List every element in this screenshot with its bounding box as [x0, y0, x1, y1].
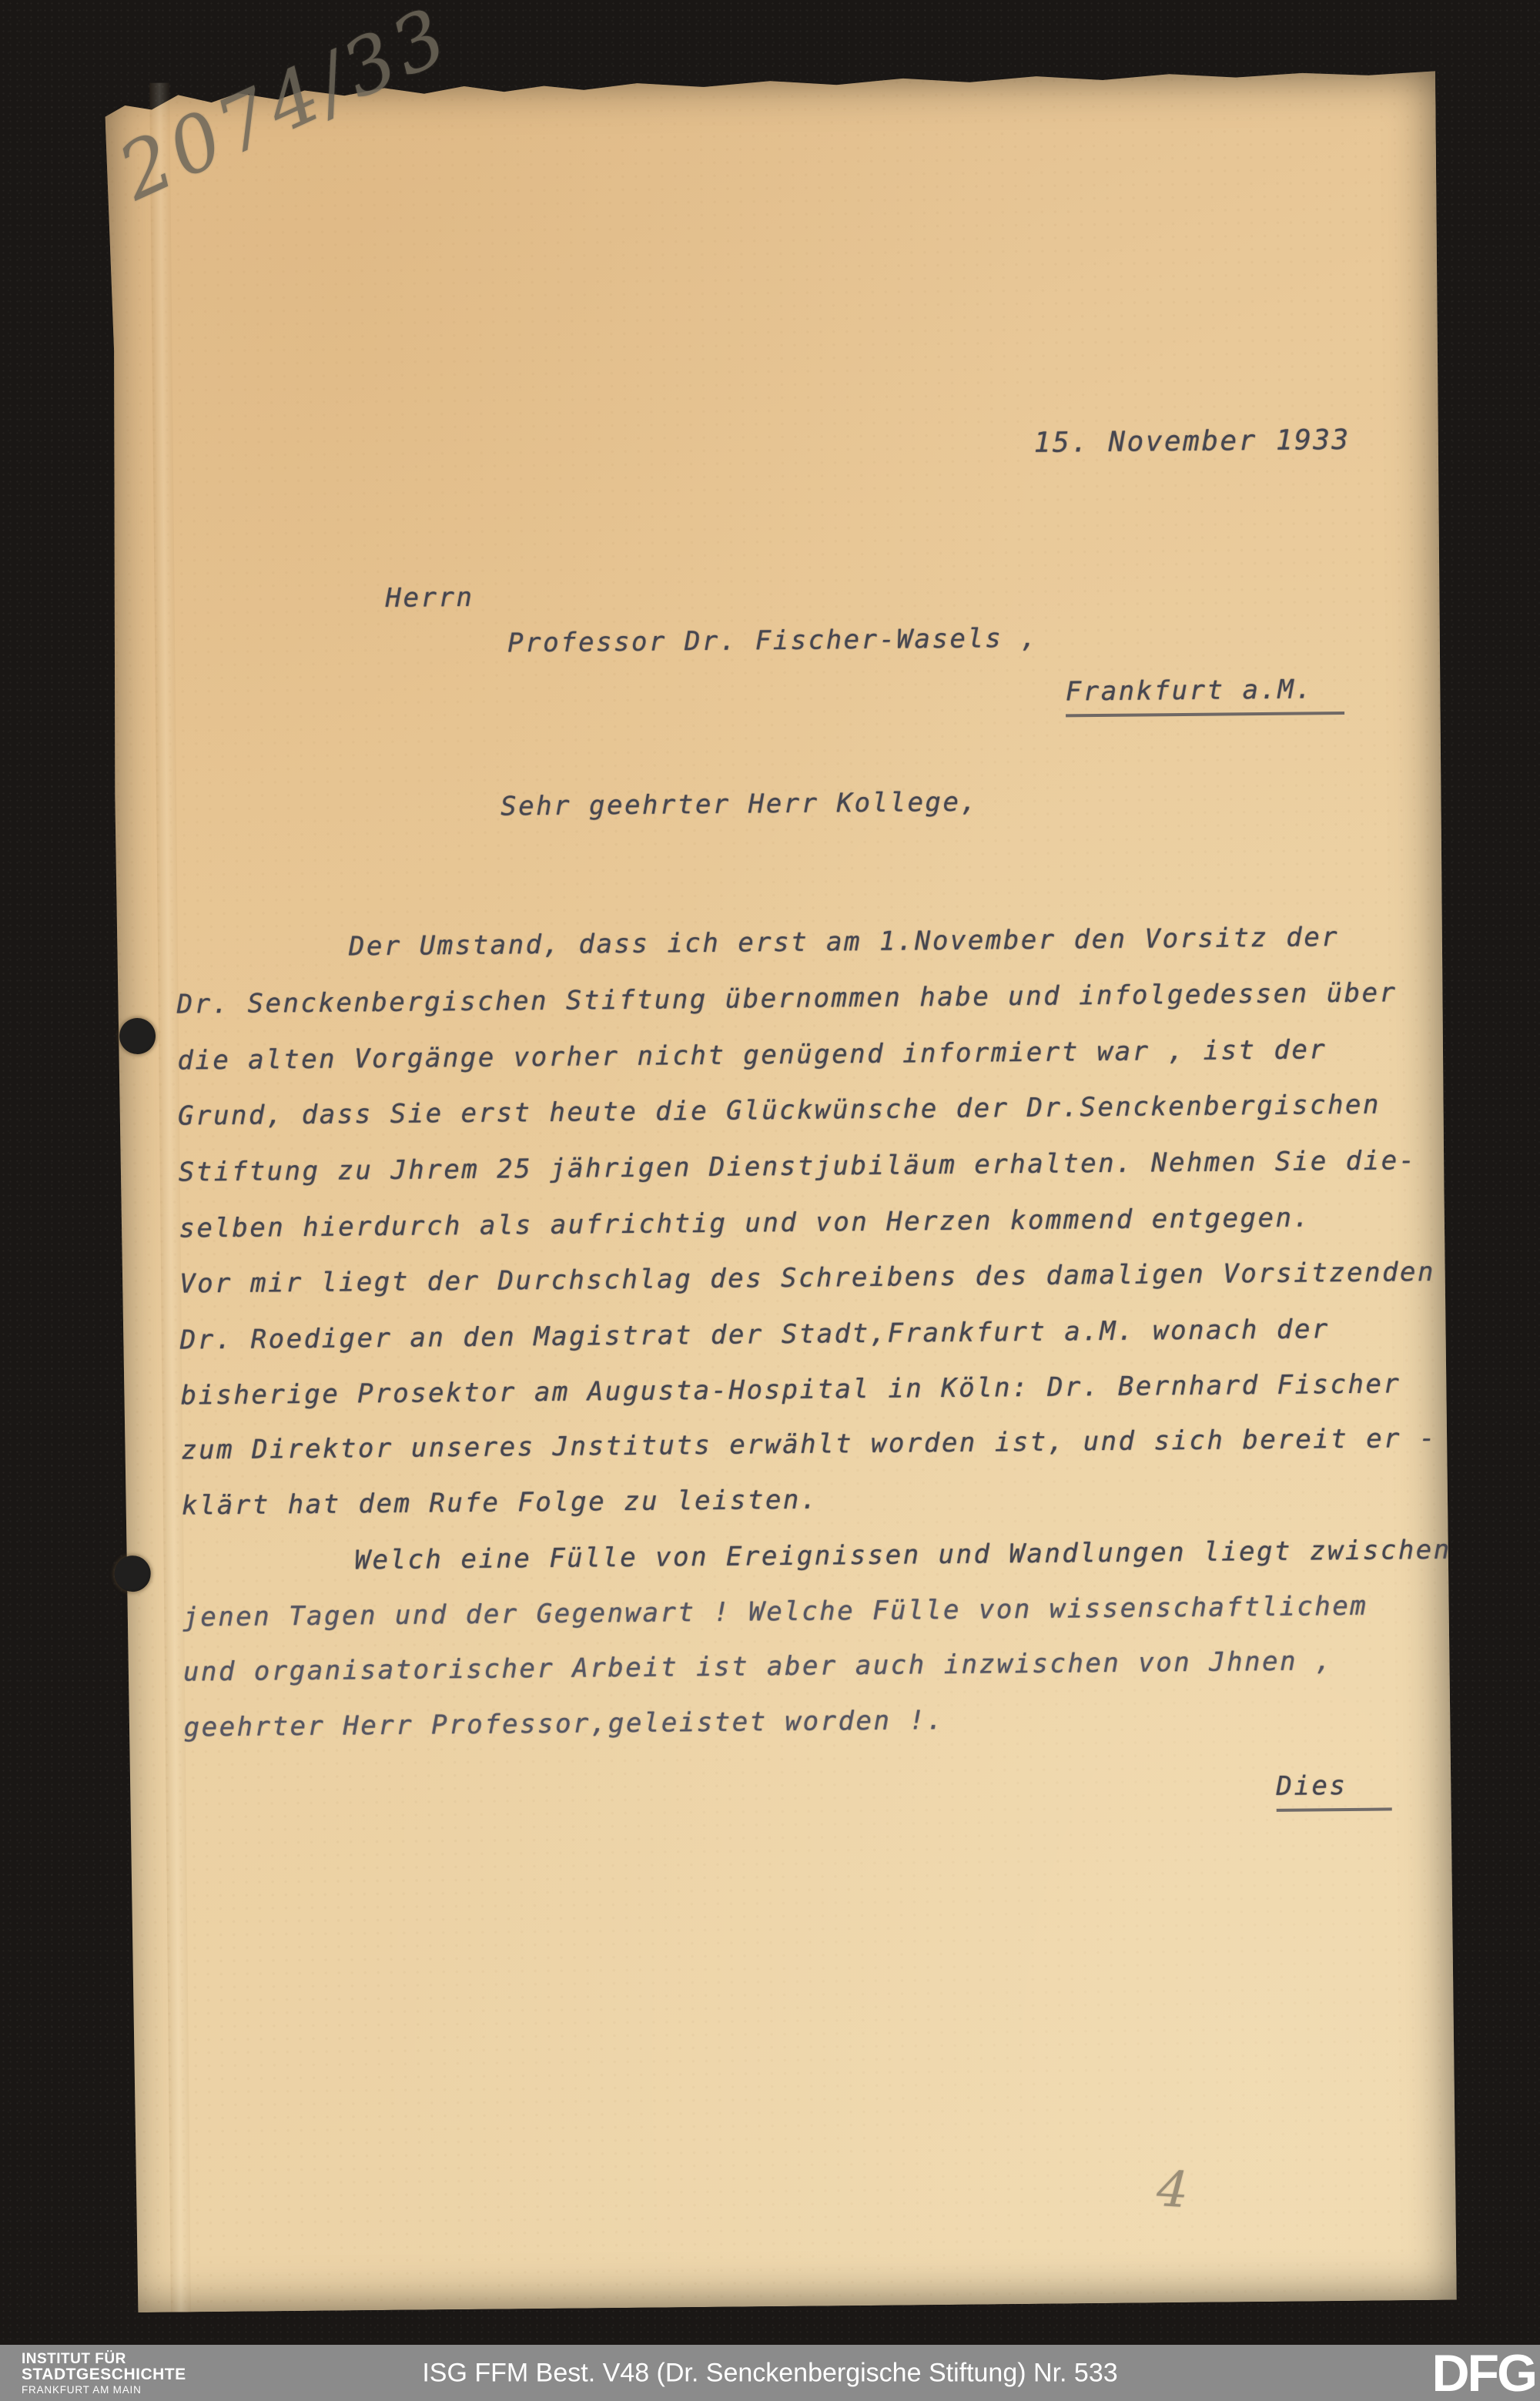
paper-sheet [105, 71, 1457, 2312]
letter-date: 15. November 1933 [1033, 424, 1350, 459]
salutation: Sehr geehrter Herr Kollege, [500, 787, 979, 822]
recipient-line-city: Frankfurt a.M. [1066, 674, 1344, 717]
scanned-letter-page: 2074/33 15. November 1933 Herrn Professo… [105, 71, 1457, 2312]
punch-hole-bottom [114, 1555, 150, 1592]
dfg-logo: DFG [1431, 2347, 1535, 2399]
catchword-dies: Dies [1276, 1770, 1391, 1811]
recipient-line-name: Professor Dr. Fischer-Wasels , [507, 623, 1038, 659]
page-number-handwritten: 4 [1155, 2161, 1190, 2219]
body-line: klärt hat dem Rufe Folge zu leisten. [182, 1485, 819, 1522]
archive-scan-viewer: 2074/33 15. November 1933 Herrn Professo… [0, 0, 1540, 2401]
archive-reference-caption: ISG FFM Best. V48 (Dr. Senckenbergische … [0, 2358, 1540, 2388]
punch-hole-top [119, 1018, 156, 1054]
caption-bar: INSTITUT FÜR STADTGESCHICHTE FRANKFURT A… [0, 2345, 1540, 2401]
recipient-line-herrn: Herrn [385, 582, 474, 614]
